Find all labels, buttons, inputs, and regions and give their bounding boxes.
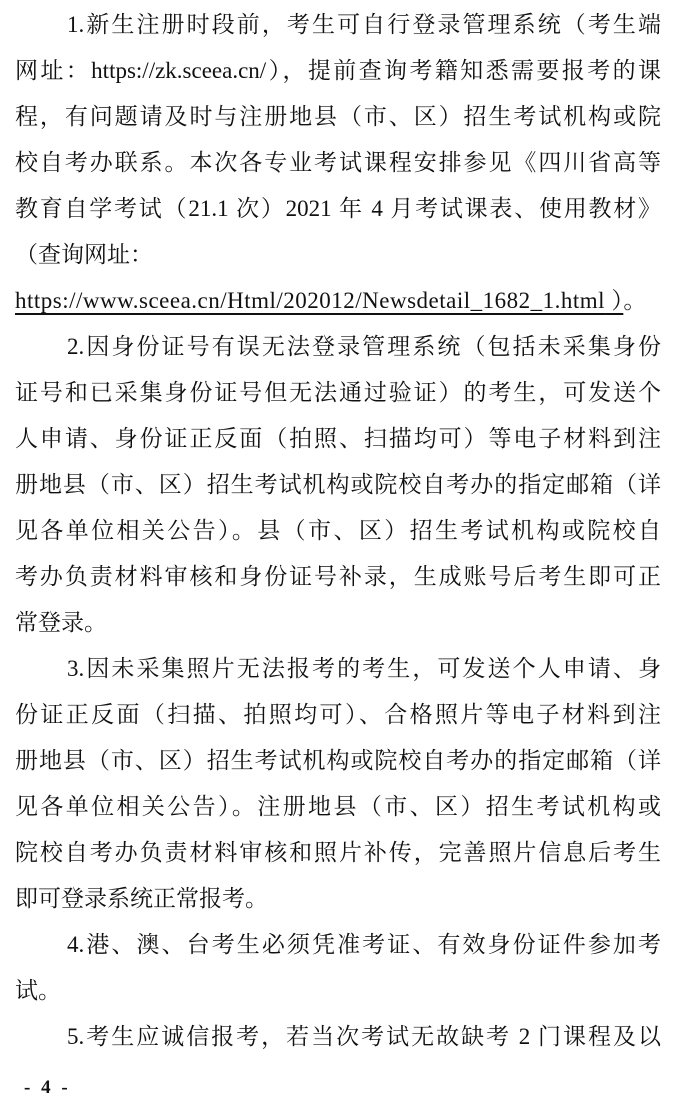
text-line: 教育自学考试（21.1 次）2021 年 4 月考试课表、使用教材》 [15,186,661,232]
sentence-period: 。 [623,288,647,313]
text-line: 册地县（市、区）招生考试机构或院校自考办的指定邮箱（详 [15,738,661,784]
text-line: 考办负责材料审核和身份证号补录，生成账号后考生即可正 [15,554,661,600]
text-line: 见各单位相关公告）。县（市、区）招生考试机构或院校自 [15,508,661,554]
text-line: 人申请、身份证正反面（拍照、扫描均可）等电子材料到注 [15,416,661,462]
text-line: 常登录。 [15,600,661,646]
text-line: 2.因身份证号有误无法登录管理系统（包括未采集身份 [15,324,661,370]
text-line: 校自考办联系。本次各专业考试课程安排参见《四川省高等 [15,140,661,186]
text-line: 4.港、澳、台考生必须凭准考证、有效身份证件参加考 [15,922,661,968]
text-line-url: https://www.sceea.cn/Html/202012/Newsdet… [15,278,661,324]
text-line: 即可登录系统正常报考。 [15,876,661,922]
document-body: 1.新生注册时段前，考生可自行登录管理系统（考生端 网址：https://zk.… [15,2,661,1060]
text-line: 1.新生注册时段前，考生可自行登录管理系统（考生端 [15,2,661,48]
hyperlink-url[interactable]: https://www.sceea.cn/Html/202012/Newsdet… [15,288,605,313]
text-line: 册地县（市、区）招生考试机构或院校自考办的指定邮箱（详 [15,462,661,508]
text-line: 见各单位相关公告）。注册地县（市、区）招生考试机构或 [15,784,661,830]
page-number: - 4 - [24,1077,71,1099]
text-line: 程，有问题请及时与注册地县（市、区）招生考试机构或院 [15,94,661,140]
text-line: 3.因未采集照片无法报考的考生，可发送个人申请、身 [15,646,661,692]
text-line: 证号和已采集身份证号但无法通过验证）的考生，可发送个 [15,370,661,416]
document-page: 1.新生注册时段前，考生可自行登录管理系统（考生端 网址：https://zk.… [0,0,680,1107]
hyperlink-closing-paren: ） [605,288,623,313]
text-line: （查询网址： [15,232,661,278]
text-line: 网址：https://zk.sceea.cn/），提前查询考籍知悉需要报考的课 [15,48,661,94]
text-line: 份证正反面（扫描、拍照均可）、合格照片等电子材料到注 [15,692,661,738]
text-line: 院校自考办负责材料审核和照片补传，完善照片信息后考生 [15,830,661,876]
text-line: 5.考生应诚信报考，若当次考试无故缺考 2 门课程及以 [15,1014,661,1060]
text-line: 试。 [15,968,661,1014]
